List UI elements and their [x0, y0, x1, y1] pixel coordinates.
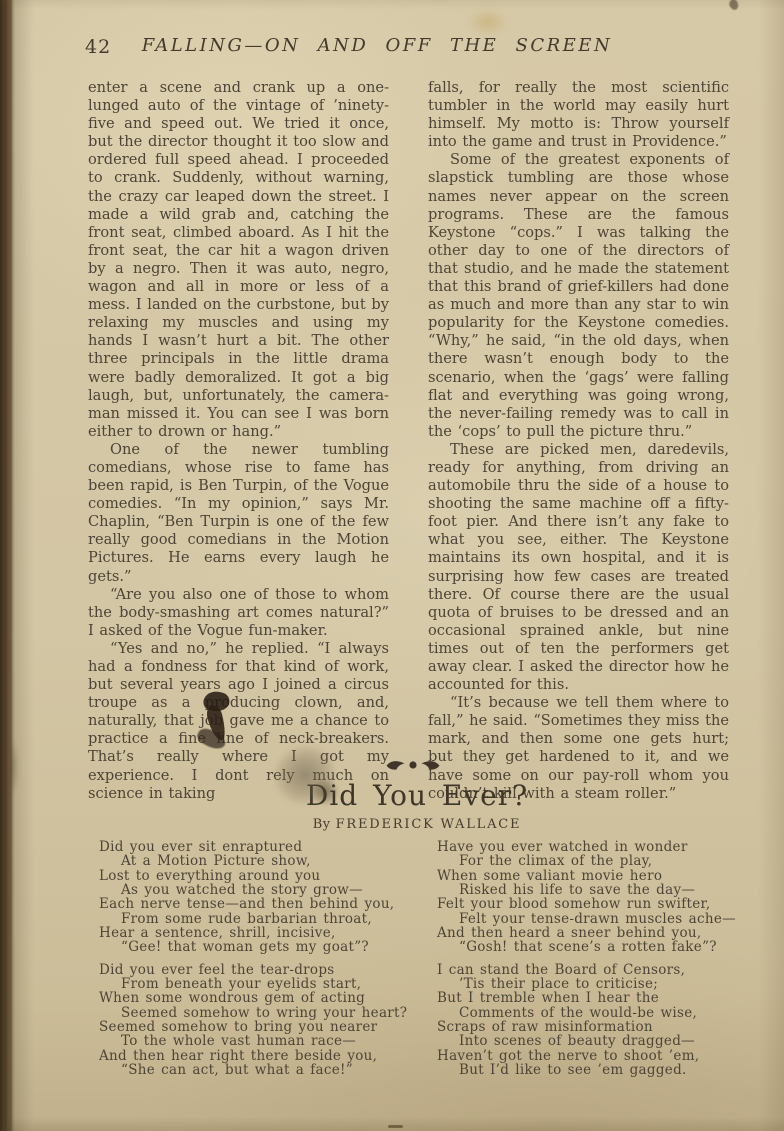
poem-line: I can stand the Board of Censors,: [437, 963, 757, 977]
poem-author: FREDERICK WALLACE: [336, 817, 522, 832]
poem-line: Felt your blood somehow run swifter,: [437, 897, 757, 911]
poem-line: To the whole vast human race—: [121, 1034, 419, 1048]
magazine-page-scan: 42 FALLING—ON AND OFF THE SCREEN enter a…: [0, 0, 784, 1131]
poem-line: Lost to everything around you: [99, 869, 419, 883]
poem-line: ’Tis their place to criticise;: [459, 977, 757, 991]
poem-line: But I’d like to see ’em gagged.: [459, 1063, 757, 1077]
poem-line: As you watched the story grow—: [121, 883, 419, 897]
poem-line: Scraps of raw misinformation: [437, 1020, 757, 1034]
poem-line: Each nerve tense—and then behind you,: [99, 897, 419, 911]
article-left-column: enter a scene and crank up a one-lunged …: [88, 79, 389, 803]
article-paragraph: These are picked men, daredevils, ready …: [428, 441, 729, 694]
poem-line: Seemed somehow to wring your heart?: [121, 1006, 419, 1020]
article-paragraph: falls, for really the most scientific tu…: [428, 79, 729, 151]
poem-title: Did You Ever?: [88, 779, 746, 812]
poem-right-column: Have you ever watched in wonder For the …: [437, 840, 757, 1078]
poem-line: Did you ever feel the tear-drops: [99, 963, 419, 977]
poem-line: Risked his life to save the day—: [459, 883, 757, 897]
poem-line: And then hear right there beside you,: [99, 1049, 419, 1063]
poem-stanza: I can stand the Board of Censors, ’Tis t…: [437, 963, 757, 1078]
article-paragraph: “Are you also one of those to whom the b…: [88, 586, 389, 640]
poem-line: Comments of the would-be wise,: [459, 1006, 757, 1020]
running-title: FALLING—ON AND OFF THE SCREEN: [88, 35, 666, 56]
poem-line: Did you ever sit enraptured: [99, 840, 419, 854]
poem-line: From some rude barbarian throat,: [121, 912, 419, 926]
poem-line: Haven’t got the nerve to shoot ’em,: [437, 1049, 757, 1063]
poem-line: When some valiant movie hero: [437, 869, 757, 883]
edge-mark: [727, 0, 740, 11]
article-paragraph: One of the newer tumbling comedians, who…: [88, 441, 389, 586]
poem-left-column: Did you ever sit enraptured At a Motion …: [99, 840, 419, 1078]
binding-edge: [0, 0, 15, 1131]
edge-mark: [388, 1125, 403, 1128]
article-right-column: falls, for really the most scientific tu…: [428, 79, 729, 803]
section-divider: [88, 757, 738, 777]
paper-discoloration: [468, 8, 508, 36]
poem-line: At a Motion Picture show,: [121, 854, 419, 868]
poem-stanza: Did you ever feel the tear-drops From be…: [99, 963, 419, 1078]
poem-line: Felt your tense-drawn muscles ache—: [459, 912, 757, 926]
poem-line: For the climax of the play,: [459, 854, 757, 868]
poem-line: “Gee! that woman gets my goat”?: [121, 940, 419, 954]
fleuron-divider-icon: [386, 758, 440, 777]
poem-stanza: Did you ever sit enraptured At a Motion …: [99, 840, 419, 955]
poem-line: “Gosh! that scene’s a rotten fake”?: [459, 940, 757, 954]
poem-line: “She can act, but what a face!”: [121, 1063, 419, 1077]
poem-byline: ByFREDERICK WALLACE: [88, 817, 746, 832]
poem-line: From beneath your eyelids start,: [121, 977, 419, 991]
poem-line: But I tremble when I hear the: [437, 991, 757, 1005]
poem-stanza: Have you ever watched in wonder For the …: [437, 840, 757, 955]
article-paragraph: enter a scene and crank up a one-lunged …: [88, 79, 389, 441]
poem-line: And then heard a sneer behind you,: [437, 926, 757, 940]
article-paragraph: Some of the greatest exponents of slapst…: [428, 151, 729, 441]
poem-line: Have you ever watched in wonder: [437, 840, 757, 854]
poem-line: Hear a sentence, shrill, incisive,: [99, 926, 419, 940]
poem-line: When some wondrous gem of acting: [99, 991, 419, 1005]
poem-line: Into scenes of beauty dragged—: [459, 1034, 757, 1048]
poem-line: Seemed somehow to bring you nearer: [99, 1020, 419, 1034]
byline-prefix: By: [313, 817, 331, 832]
